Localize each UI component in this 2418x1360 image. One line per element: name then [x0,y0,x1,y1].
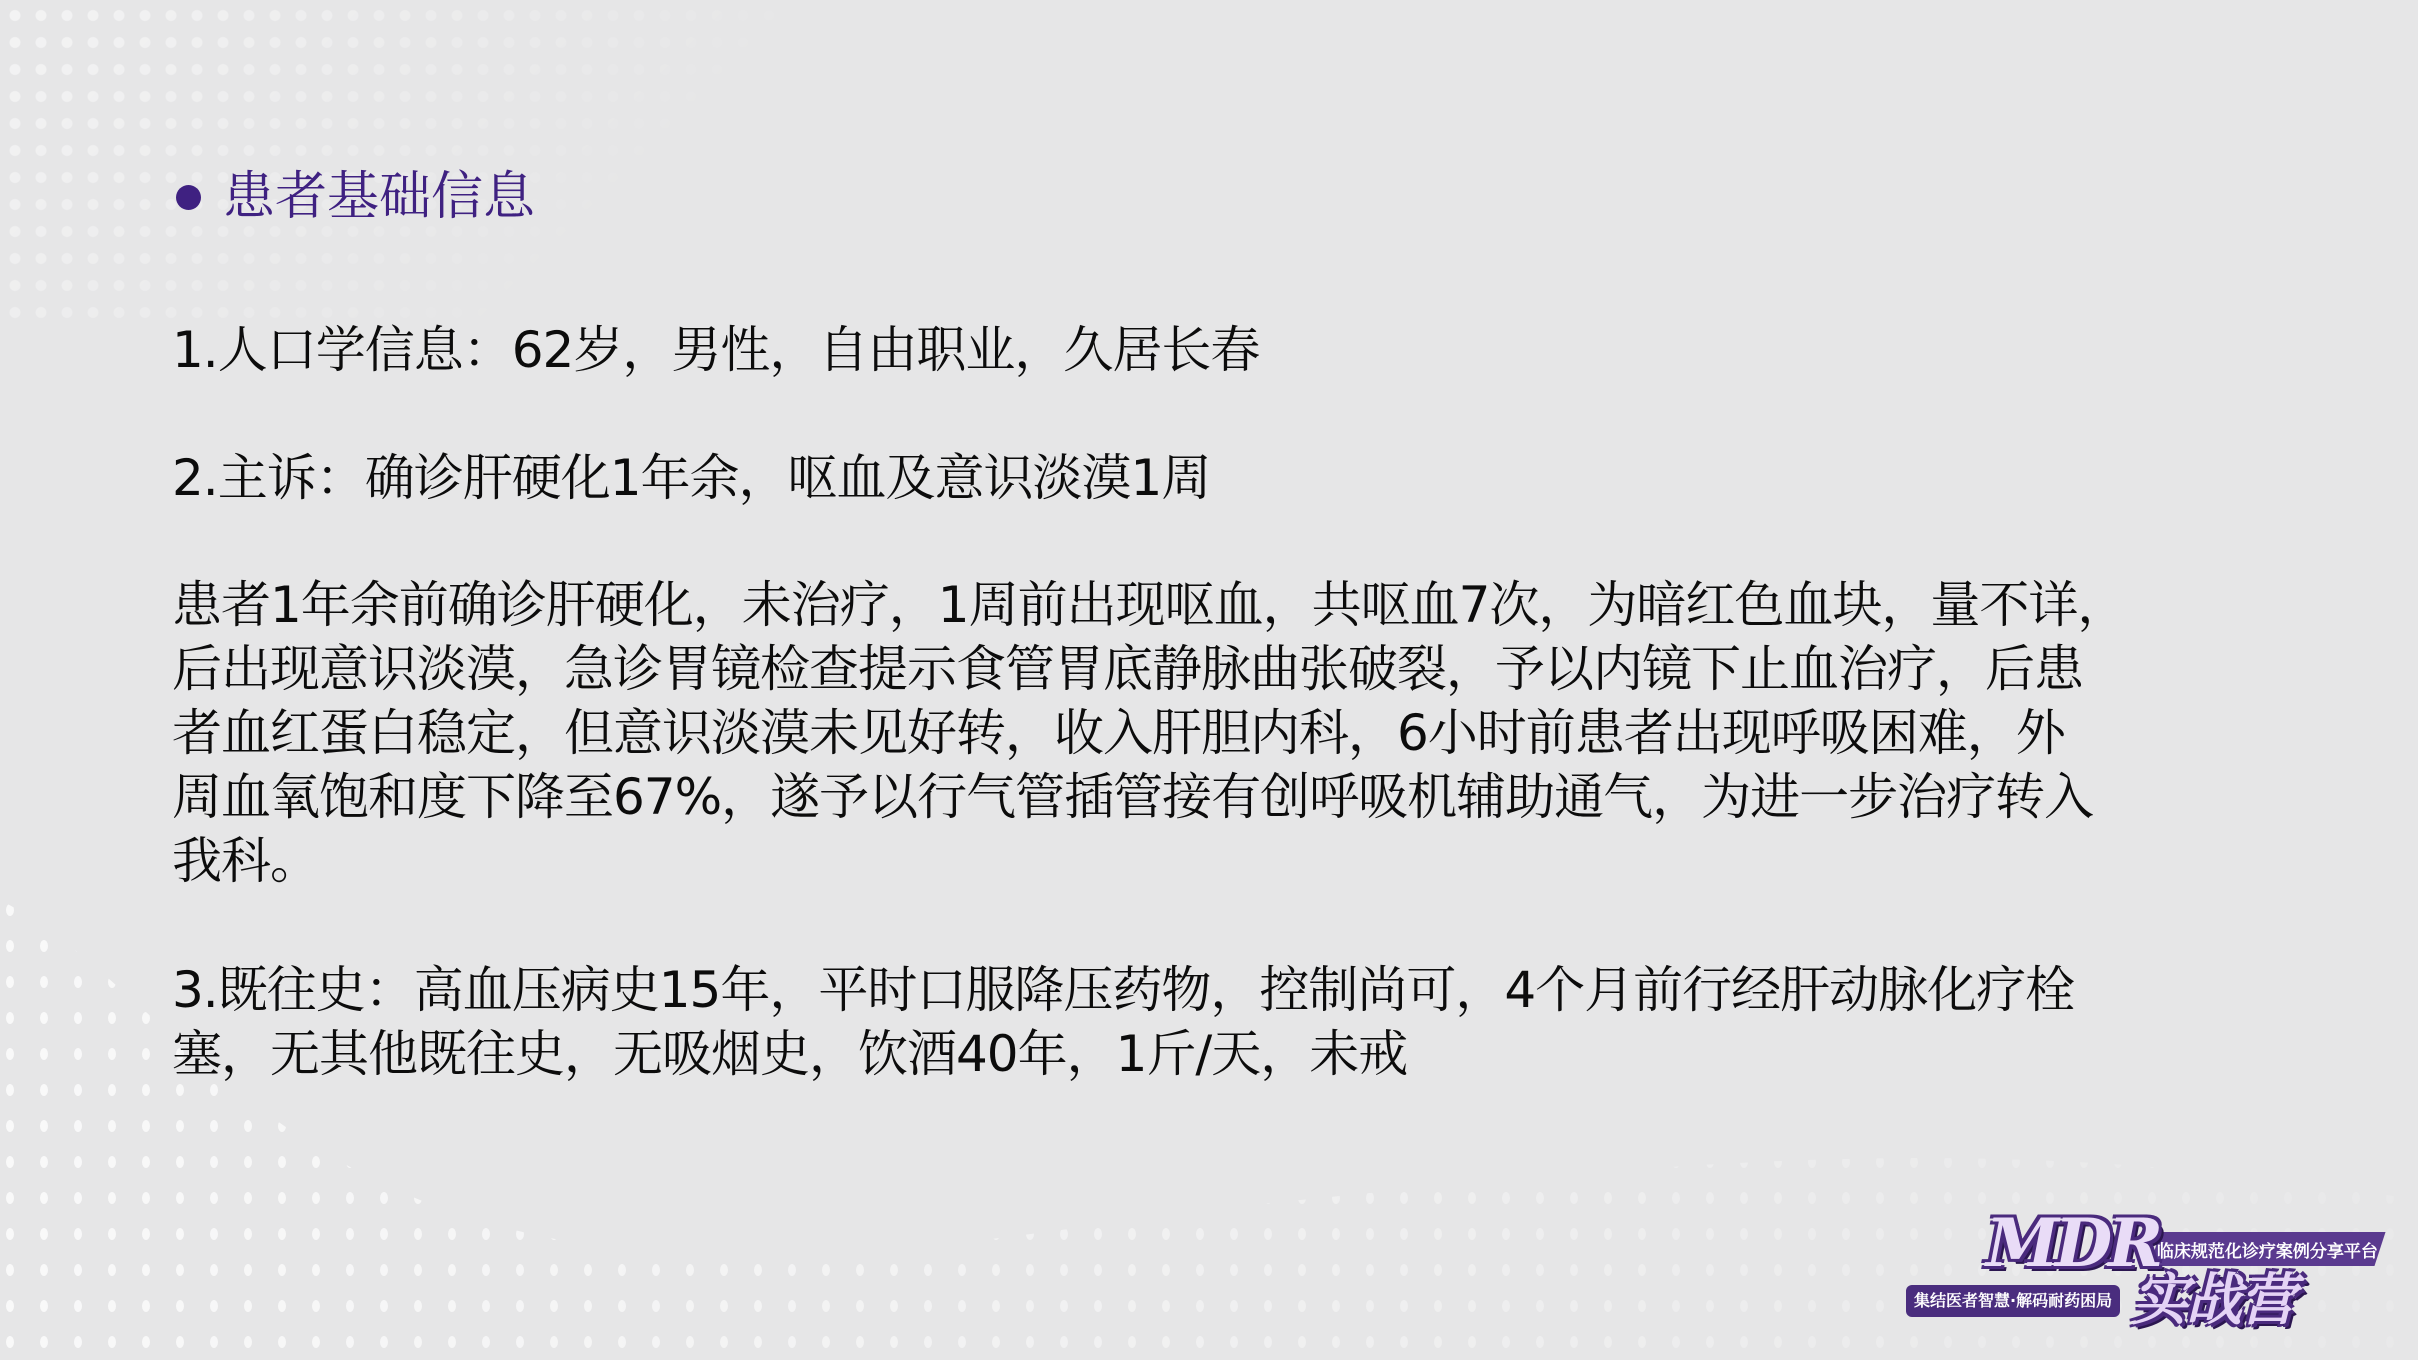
paragraph-line: 周血氧饱和度下降至67%，遂予以行气管插管接有创呼吸机辅助通气，为进一步治疗转入 [172,765,2272,829]
demographics-line: 1.人口学信息：62岁，男性，自由职业，久居长春 [172,318,2272,382]
logo-ribbon-text: 临床规范化诊疗案例分享平台 [2157,1237,2378,1262]
logo-tagline: 集结医者智慧·解码耐药困局 [1906,1285,2120,1317]
bullet-dot-icon [176,185,201,210]
chief-complaint-line: 2.主诉：确诊肝硬化1年余，呕血及意识淡漠1周 [172,446,2272,510]
paragraph-line: 者血红蛋白稳定，但意识淡漠未见好转，收入肝胆内科，6小时前患者出现呼吸困难，外 [172,701,2272,765]
past-history-paragraph: 3.既往史：高血压病史15年，平时口服降压药物，控制尚可，4个月前行经肝动脉化疗… [172,958,2272,1086]
logo-camp-text: 实战营 [2132,1265,2294,1335]
paragraph-line: 塞，无其他既往史，无吸烟史，饮酒40年，1斤/天，未戒 [172,1022,2272,1086]
background-dot-pattern [0,0,1100,330]
mdr-camp-logo: 临床规范化诊疗案例分享平台 MDR 集结医者智慧·解码耐药困局 实战营 [1900,1205,2390,1335]
heading-text: 患者基础信息 [223,162,535,232]
logo-ribbon: 临床规范化诊疗案例分享平台 [2149,1232,2385,1266]
paragraph-line: 后出现意识淡漠，急诊胃镜检查提示食管胃底静脉曲张破裂，予以内镜下止血治疗，后患 [172,637,2272,701]
present-illness-paragraph: 患者1年余前确诊肝硬化，未治疗，1周前出现呕血，共呕血7次，为暗红色血块，量不详… [172,573,2272,893]
paragraph-line: 3.既往史：高血压病史15年，平时口服降压药物，控制尚可，4个月前行经肝动脉化疗… [172,958,2272,1022]
paragraph-line: 患者1年余前确诊肝硬化，未治疗，1周前出现呕血，共呕血7次，为暗红色血块，量不详… [172,573,2272,637]
paragraph-line: 我科。 [172,829,2272,893]
section-heading: 患者基础信息 [172,162,535,232]
